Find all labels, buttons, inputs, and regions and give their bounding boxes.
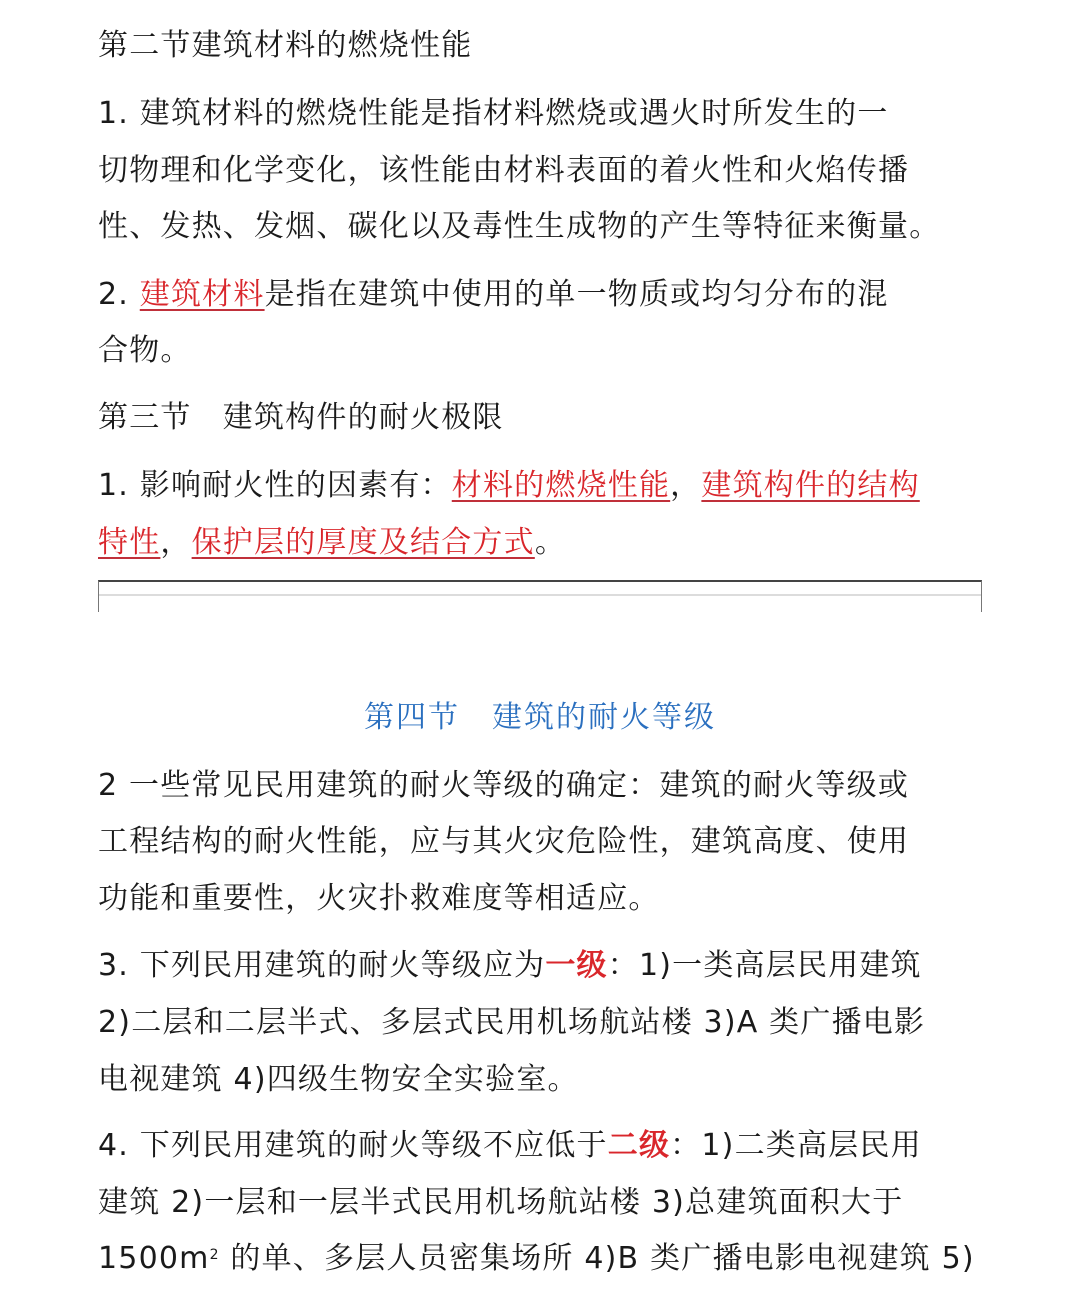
item-prefix: 3. 下列民用建筑的耐火等级应为 <box>98 948 545 983</box>
section-2-item-2-line-1: 2. 建筑材料是指在建筑中使用的单一物质或均匀分布的混 <box>98 275 889 315</box>
item-number: 2. <box>98 277 140 312</box>
section-3-item-1-line-2: 特性，保护层的厚度及结合方式。 <box>98 523 566 563</box>
table-inner-rule <box>99 594 981 596</box>
item-prefix: 4. 下列民用建筑的耐火等级不应低于 <box>98 1128 608 1163</box>
area-superscript: 2 <box>210 1247 220 1263</box>
section-4-item-2-line-1: 2 一些常见民用建筑的耐火等级的确定：建筑的耐火等级或 <box>98 766 909 806</box>
section-4-item-3-line-3: 电视建筑 4)四级生物安全实验室。 <box>98 1060 579 1100</box>
area-value: 1500m <box>98 1241 210 1276</box>
section-4-item-4-line-2: 建筑 2)一层和一层半式民用机场航站楼 3)总建筑面积大于 <box>98 1183 903 1223</box>
separator: ， <box>160 525 191 560</box>
section-2-item-2-line-2: 合物。 <box>98 331 192 371</box>
section-2-item-1-line-1: 1. 建筑材料的燃烧性能是指材料燃烧或遇火时所发生的一 <box>98 94 889 134</box>
item-text: 是指在建筑中使用的单一物质或均匀分布的混 <box>265 277 889 312</box>
section-2-item-1-line-2: 切物理和化学变化，该性能由材料表面的着火性和火焰传播 <box>98 151 909 191</box>
section-4-item-3-line-2: 2)二层和二层半式、多层式民用机场航站楼 3)A 类广播电影 <box>98 1003 925 1043</box>
section-4-item-4-line-3: 1500m2 的单、多层人员密集场所 4)B 类广播电影电视建筑 5) <box>98 1239 975 1279</box>
item-text: 的单、多层人员密集场所 4)B 类广播电影电视建筑 5) <box>220 1241 975 1276</box>
empty-table-frame <box>98 580 982 612</box>
item-text: ：1)一类高层民用建筑 <box>608 948 922 983</box>
highlight-combustion-performance: 材料的燃烧性能 <box>452 468 670 503</box>
section-3-heading: 第三节 建筑构件的耐火极限 <box>98 398 504 438</box>
separator: ， <box>670 468 701 503</box>
item-prefix: 1. 影响耐火性的因素有： <box>98 468 452 503</box>
highlight-grade-one: 一级 <box>545 948 607 983</box>
highlight-structure-characteristics: 建筑构件的结构 <box>701 468 919 503</box>
highlight-protective-layer: 保护层的厚度及结合方式 <box>192 525 535 560</box>
highlight-structure-characteristics-cont: 特性 <box>98 525 160 560</box>
period: 。 <box>535 525 566 560</box>
section-3-item-1-line-1: 1. 影响耐火性的因素有：材料的燃烧性能，建筑构件的结构 <box>98 466 920 506</box>
highlight-building-materials: 建筑材料 <box>140 277 265 312</box>
section-4-item-4-line-1: 4. 下列民用建筑的耐火等级不应低于二级：1)二类高层民用 <box>98 1126 922 1166</box>
section-2-heading: 第二节建筑材料的燃烧性能 <box>98 26 472 66</box>
highlight-grade-two: 二级 <box>608 1128 670 1163</box>
section-4-item-2-line-2: 工程结构的耐火性能，应与其火灾危险性，建筑高度、使用 <box>98 822 909 862</box>
section-4-item-3-line-1: 3. 下列民用建筑的耐火等级应为一级：1)一类高层民用建筑 <box>98 946 922 986</box>
section-4-item-2-line-3: 功能和重要性，火灾扑救难度等相适应。 <box>98 879 660 919</box>
section-2-item-1-line-3: 性、发热、发烟、碳化以及毒性生成物的产生等特征来衡量。 <box>98 207 940 247</box>
section-4-heading: 第四节 建筑的耐火等级 <box>98 698 982 738</box>
item-text: ：1)二类高层民用 <box>670 1128 922 1163</box>
